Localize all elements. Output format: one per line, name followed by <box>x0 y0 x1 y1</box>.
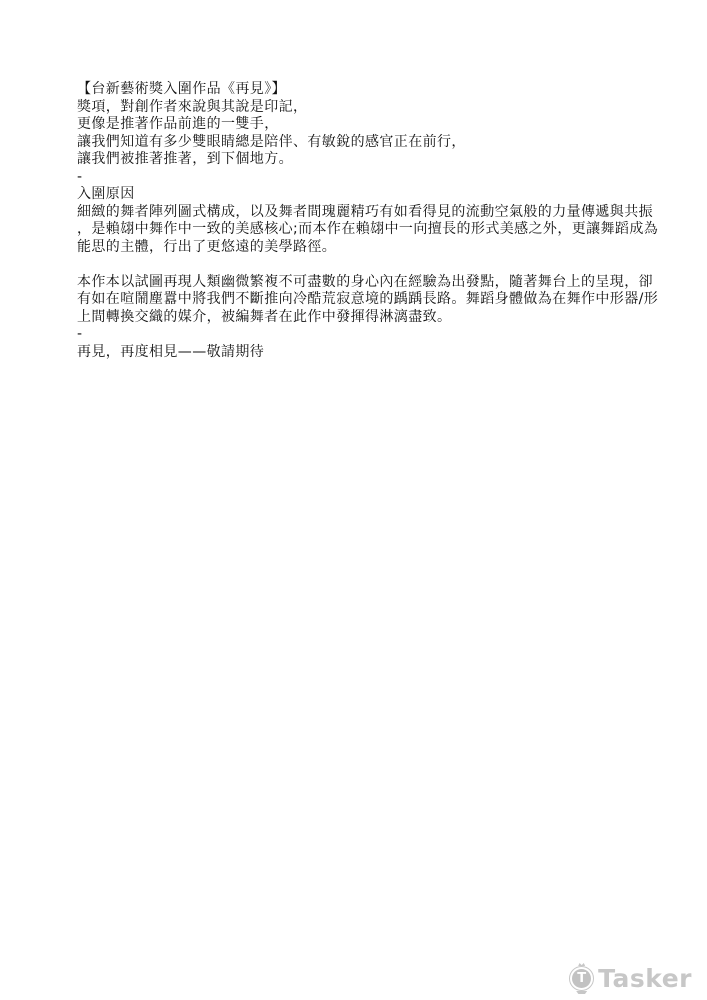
commentary-line-1: 本作本以試圖再現人類幽微繁複不可盡數的身心內在經驗為出發點，隨著舞台上的呈現，卻 <box>77 274 647 292</box>
nomination-reason-line-3: 能思的主體，行出了更悠遠的美學路徑。 <box>77 239 647 257</box>
section-heading: 入圍原因 <box>77 186 647 204</box>
nomination-reason-line-1: 細緻的舞者陣列圖式構成，以及舞者間瑰麗精巧有如看得見的流動空氣般的力量傳遞與共振 <box>77 204 647 222</box>
closing-line: 再見，再度相見——敬請期待 <box>77 344 647 362</box>
commentary-line-2: 有如在喧鬧塵囂中將我們不斷推向冷酷荒寂意境的踽踽長路。舞蹈身體做為在舞作中形器/… <box>77 291 647 309</box>
tasker-brand-text: Tasker <box>598 965 692 992</box>
commentary-line-3: 上間轉換交織的媒介，被編舞者在此作中發揮得淋漓盡致。 <box>77 309 647 327</box>
intro-line-1: 獎項，對創作者來說與其說是印記， <box>77 99 647 117</box>
tasker-logo-icon: T <box>568 965 595 992</box>
intro-line-4: 讓我們被推著推著，到下個地方。 <box>77 151 647 169</box>
divider-top: - <box>77 169 647 187</box>
intro-line-2: 更像是推著作品前進的一雙手， <box>77 116 647 134</box>
divider-bottom: - <box>77 326 647 344</box>
tasker-watermark: T Tasker <box>568 965 692 992</box>
document-body: 【台新藝術獎入圍作品《再見》】 獎項，對創作者來說與其說是印記， 更像是推著作品… <box>77 81 647 361</box>
nomination-reason-line-2: ，是賴翃中舞作中一致的美感核心;而本作在賴翃中一向擅長的形式美感之外，更讓舞蹈成… <box>77 221 647 239</box>
post-title: 【台新藝術獎入圍作品《再見》】 <box>77 81 647 99</box>
intro-line-3: 讓我們知道有多少雙眼睛總是陪伴、有敏銳的感官正在前行， <box>77 134 647 152</box>
blank-line <box>77 256 647 274</box>
